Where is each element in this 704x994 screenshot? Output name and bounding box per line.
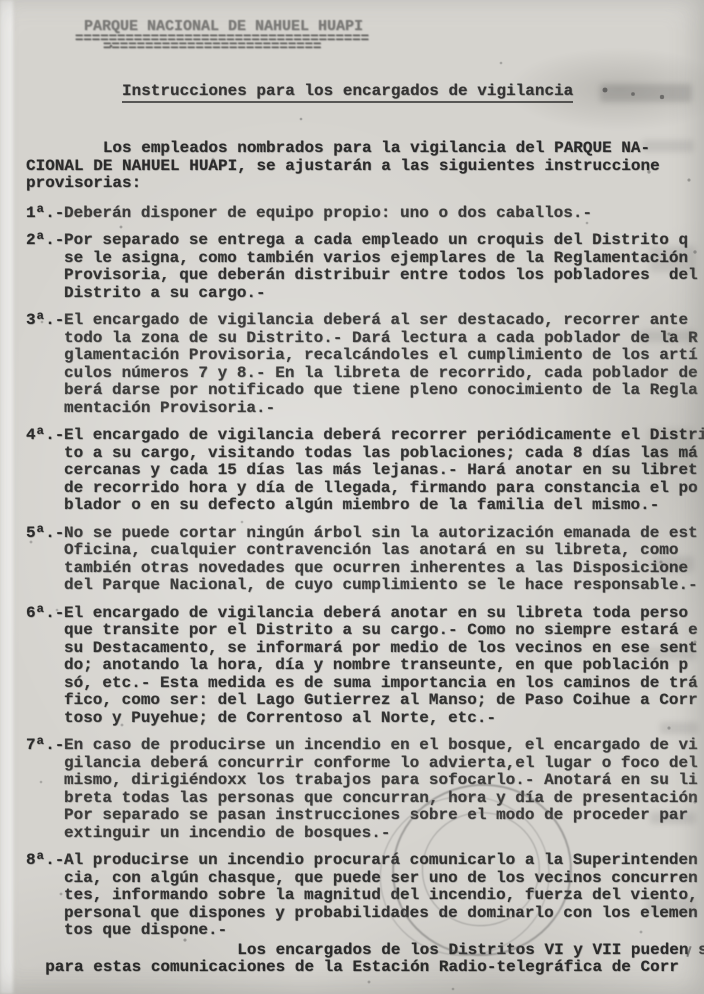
scan-smudge: [600, 84, 692, 102]
item-text: El encargado de vigilancia deberá recorr…: [64, 427, 704, 515]
instruction-item-1: 1ª.- Deberán disponer de equipo propio: …: [26, 205, 704, 223]
item-number: 3ª.-: [26, 312, 64, 417]
letterhead-underline-row2: ==========================: [75, 43, 369, 52]
instruction-item-6: 6ª.- El encargado de vigilancia deberá a…: [26, 605, 704, 728]
instruction-item-8: 8ª.- Al producirse un incendio procurará…: [26, 852, 704, 940]
scanned-document-page: PARQUE NACIONAL DE NAHUEL HUAPI ========…: [0, 0, 704, 994]
item-text: En caso de producirse un incendio en el …: [64, 737, 698, 842]
closing-paragraph: Los encargados de los Distritos VI y VII…: [26, 942, 704, 977]
item-text: Deberán disponer de equipo propio: uno o…: [64, 205, 592, 223]
document-title: Instrucciones para los encargados de vig…: [122, 82, 573, 103]
instruction-item-3: 3ª.- El encargado de vigilancia deberá a…: [26, 312, 704, 417]
instruction-item-5: 5ª.- No se puede cortar ningún árbol sin…: [26, 525, 704, 595]
item-number: 8ª.-: [26, 852, 64, 940]
item-number: 7ª.-: [26, 737, 64, 842]
item-number: 4ª.-: [26, 427, 64, 515]
letterhead: PARQUE NACIONAL DE NAHUEL HUAPI ========…: [75, 18, 369, 52]
document-body: Los empleados nombrados para la vigilanc…: [26, 140, 704, 977]
item-number: 5ª.-: [26, 525, 64, 595]
intro-paragraph: Los empleados nombrados para la vigilanc…: [26, 140, 704, 193]
item-number: 2ª.-: [26, 232, 64, 302]
item-text: Por separado se entrega a cada empleado …: [64, 232, 698, 302]
item-text: Al producirse un incendio procurará comu…: [64, 852, 698, 940]
instruction-item-7: 7ª.- En caso de producirse un incendio e…: [26, 737, 704, 842]
instruction-item-4: 4ª.- El encargado de vigilancia deberá r…: [26, 427, 704, 515]
item-text: No se puede cortar ningún árbol sin la a…: [64, 525, 698, 595]
item-number: 6ª.-: [26, 605, 64, 728]
item-number: 1ª.-: [26, 205, 64, 223]
instruction-item-2: 2ª.- Por separado se entrega a cada empl…: [26, 232, 704, 302]
item-text: El encargado de vigilancia deberá al ser…: [64, 312, 698, 417]
scan-edge-highlight: [0, 0, 13, 994]
item-text: El encargado de vigilancia deberá anotar…: [64, 605, 698, 728]
